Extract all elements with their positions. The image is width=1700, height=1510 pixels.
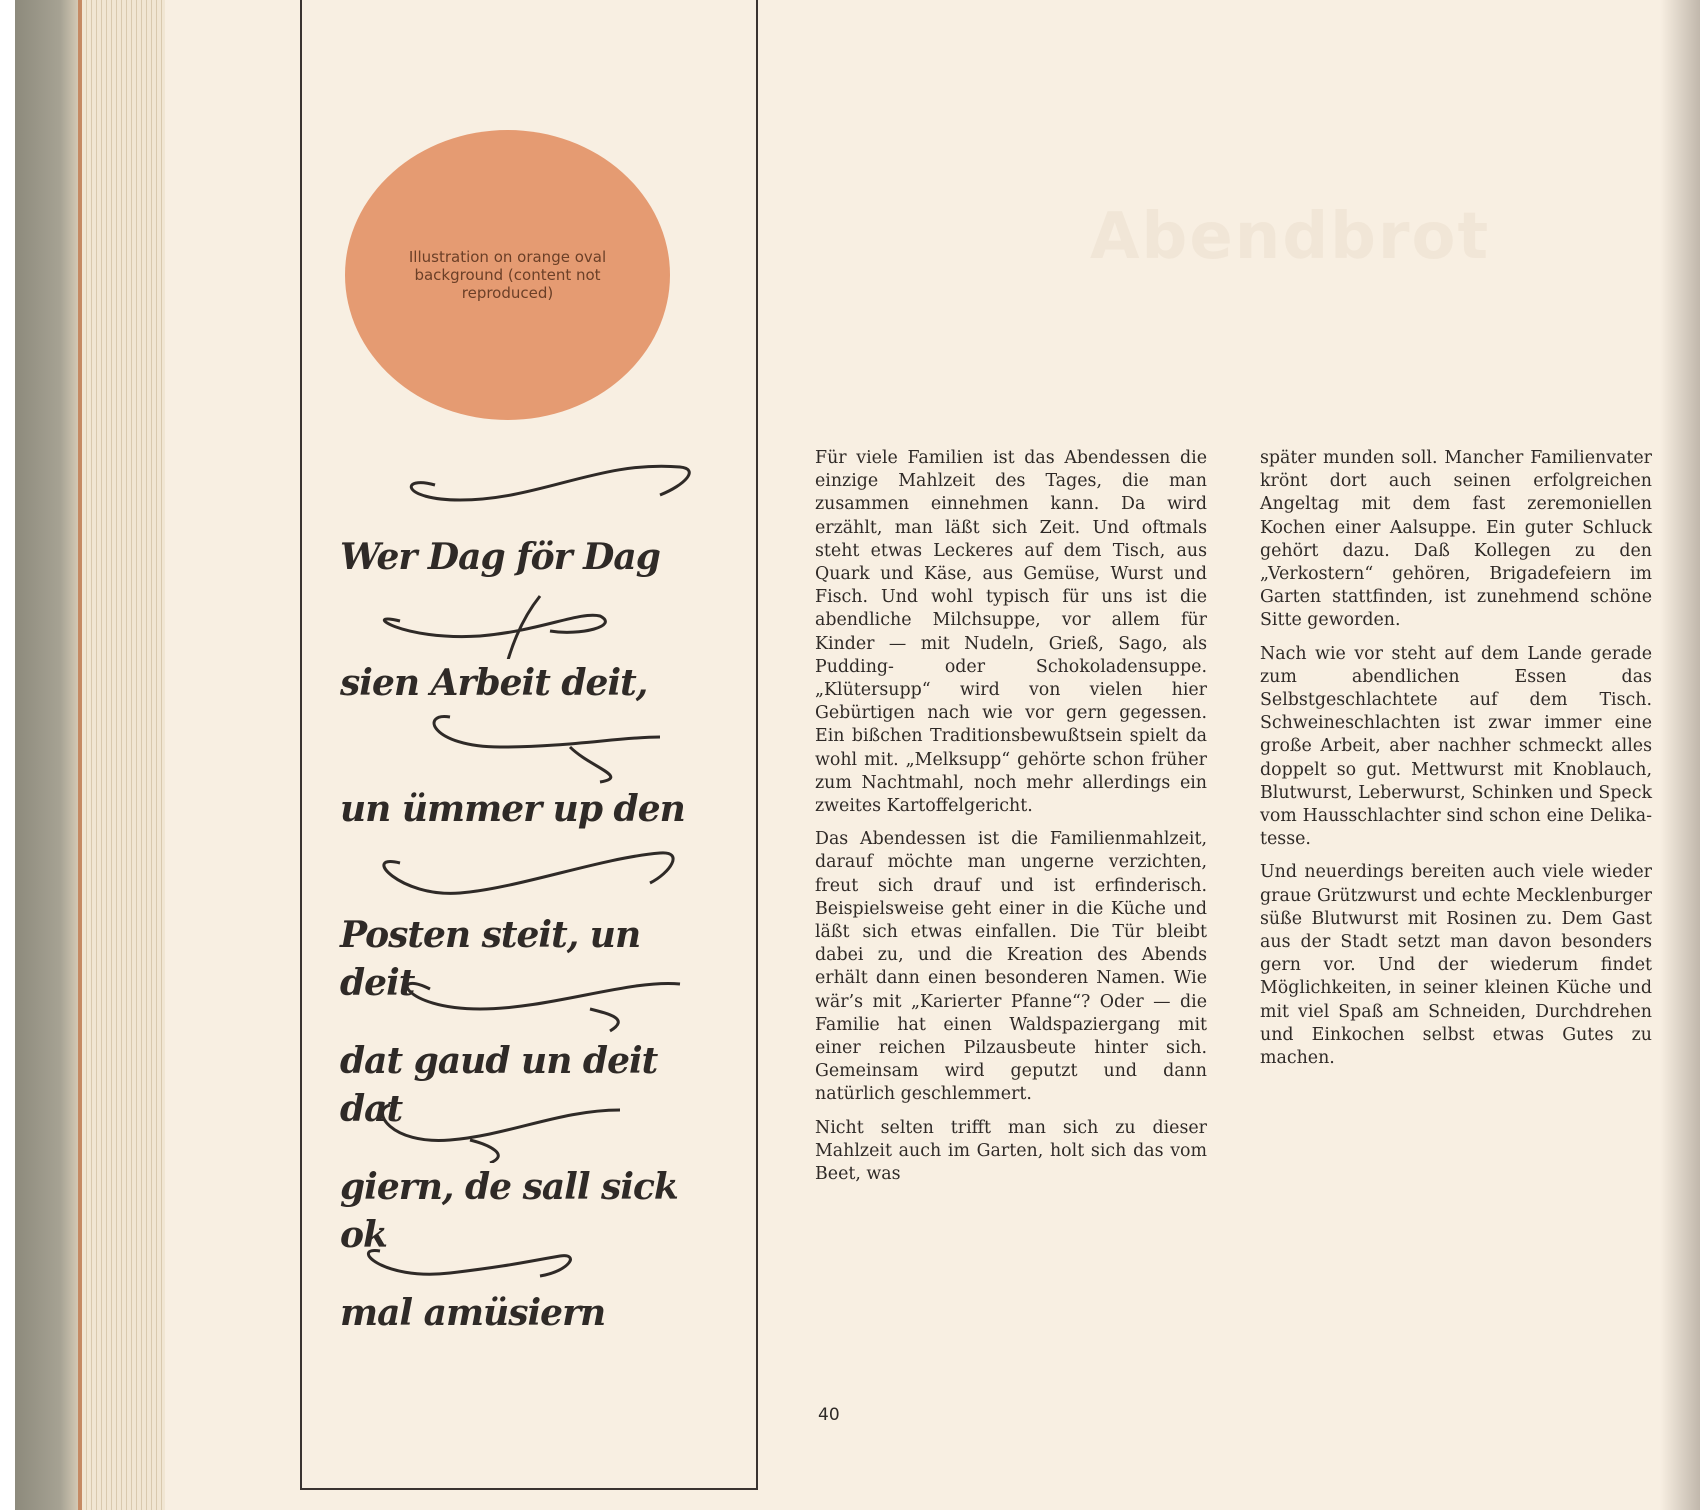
article-column-1: Für viele Familien ist das Abend­essen d… [815, 447, 1207, 1196]
page-number: 40 [818, 1405, 840, 1425]
blackletter-verse: Wer Dag för Dag sien Arbeit deit, un ümm… [340, 455, 700, 1337]
page-stack-edges [78, 0, 172, 1510]
verse-line: mal amüsiern [340, 1289, 700, 1337]
spine-shadow [1660, 0, 1700, 1510]
paragraph: später munden soll. Mancher Familienvate… [1260, 447, 1652, 633]
flourish-ornament [340, 707, 700, 785]
flourish-ornament [340, 833, 700, 911]
paragraph: Nicht selten trifft man sich zu dieser M… [815, 1117, 1207, 1187]
flourish-ornament [340, 1211, 700, 1289]
paragraph: Und neuerdings bereiten auch viele wiede… [1260, 861, 1652, 1070]
illustration-oval: Illustration on orange oval background (… [345, 130, 670, 420]
verse-line: sien Arbeit deit, [340, 659, 700, 707]
flourish-ornament [340, 581, 700, 659]
illustration-placeholder: Illustration on orange oval background (… [345, 248, 670, 302]
flourish-ornament [340, 455, 700, 533]
verse-line: un ümmer up den [340, 785, 700, 833]
bottom-rule [300, 1488, 758, 1490]
paragraph: Das Abendessen ist die Familien­mahlzeit… [815, 828, 1207, 1106]
verse-line: dat gaud un deit dat [340, 1037, 700, 1085]
article-column-2: später munden soll. Mancher Familienvate… [1260, 447, 1652, 1080]
column-rule [756, 0, 758, 1490]
paragraph: Für viele Familien ist das Abend­essen d… [815, 447, 1207, 818]
margin-rule-left [300, 0, 302, 1490]
show-through-heading: Abendbrot [1090, 200, 1700, 274]
paragraph: Nach wie vor steht auf dem Lande gerade … [1260, 643, 1652, 852]
verse-line: Wer Dag för Dag [340, 533, 700, 581]
verse-line: Posten steit, un deit [340, 911, 700, 959]
verse-line: giern, de sall sick ok [340, 1163, 700, 1211]
